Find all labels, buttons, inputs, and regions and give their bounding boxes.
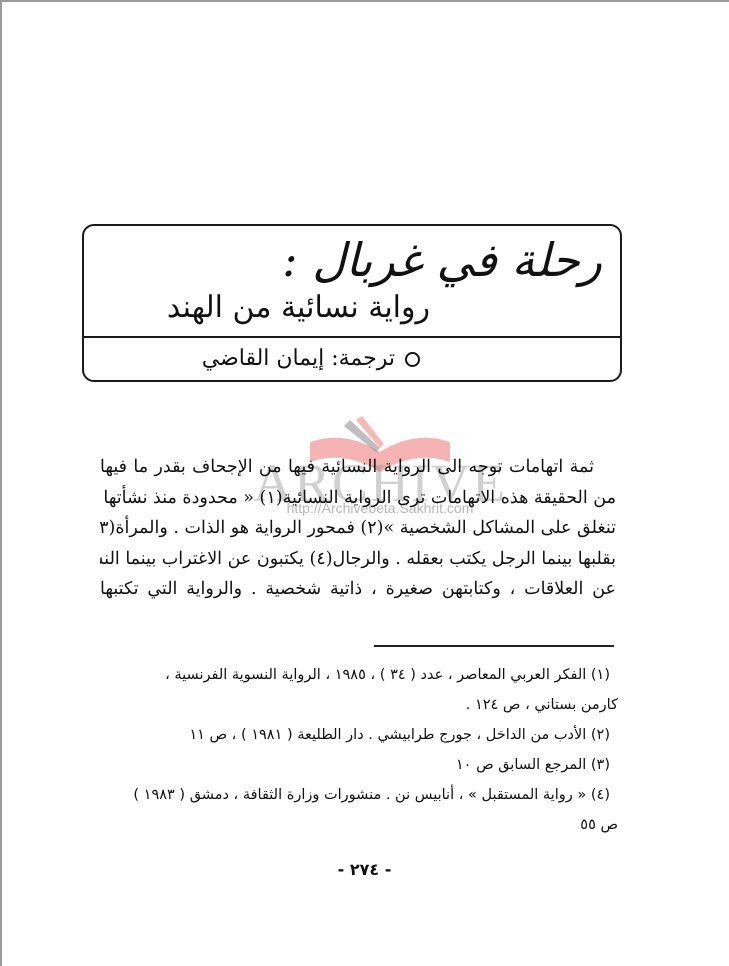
body-line: ثمة اتهامات توجه الى الرواية النسائية في…: [100, 452, 616, 483]
body-line: من الحقيقة هذه الاتهامات ترى الرواية الن…: [100, 483, 616, 514]
footnote-4-continued: ص ٥٥: [96, 810, 618, 840]
footnote-separator: [374, 645, 614, 647]
footnote-4: (٤) « رواية المستقبل » ، أنابيس نن . منش…: [96, 780, 618, 810]
circle-bullet-icon: [405, 352, 420, 367]
page-number: - ٢٧٤ -: [0, 860, 729, 879]
body-line: عن العلاقات ، وكتابتهن صغيرة ، ذاتية شخص…: [100, 574, 616, 605]
footnote-1: (١) الفكر العربي المعاصر ، عدد ( ٣٤ ) ، …: [96, 660, 618, 690]
body-line: تنغلق على المشاكل الشخصية »(٢) فمحور الر…: [100, 513, 616, 544]
translator-name: ترجمة: إيمان القاضي: [202, 346, 395, 371]
footnotes: (١) الفكر العربي المعاصر ، عدد ( ٣٤ ) ، …: [96, 660, 618, 840]
footnote-2: (٢) الأدب من الداخل ، جورج طرابيشي . دار…: [96, 720, 618, 750]
footnote-1-continued: كارمن بستاني ، ص ١٢٤ .: [96, 690, 618, 720]
article-title-box: رحلة في غربال : رواية نسائية من الهند تر…: [82, 224, 622, 382]
translator-credit: ترجمة: إيمان القاضي: [202, 342, 420, 376]
title-divider: [84, 336, 620, 338]
article-title: رحلة في غربال :: [282, 230, 602, 290]
article-body: ثمة اتهامات توجه الى الرواية النسائية في…: [100, 452, 616, 605]
article-subtitle: رواية نسائية من الهند: [167, 288, 430, 328]
footnote-3: (٣) المرجع السابق ص ١٠: [96, 750, 618, 780]
body-line: بقلبها بينما الرجل يكتب بعقله . والرجال(…: [100, 544, 616, 575]
